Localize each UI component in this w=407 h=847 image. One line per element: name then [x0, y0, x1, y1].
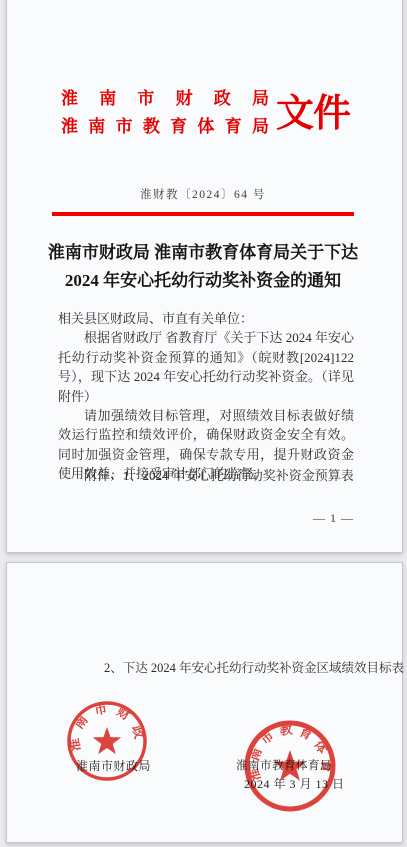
- page-1: 淮南市财政局 淮南市教育体育局 文件 淮财教〔2024〕64 号 淮南市财政局 …: [6, 0, 403, 553]
- salutation: 相关县区财政局、市直有关单位：: [58, 309, 354, 328]
- letterhead-doc-mark: 文件: [276, 95, 350, 135]
- signature-org-finance: 淮南市财政局: [76, 757, 151, 774]
- attachment-line-2: 2、下达 2024 年安心托幼行动奖补资金区域绩效目标表: [104, 658, 404, 676]
- document-body: 相关县区财政局、市直有关单位： 根据省财政厅 省教育厅《关于下达 2024 年安…: [58, 309, 354, 484]
- letterhead-org-1: 淮南市财政局: [61, 85, 269, 113]
- document-number: 淮财教〔2024〕64 号: [52, 186, 354, 202]
- document-title: 淮南市财政局 淮南市教育体育局关于下达 2024 年安心托幼行动奖补资金的通知: [40, 239, 366, 294]
- svg-text:淮南市财政局: 淮南市财政局: [63, 697, 147, 752]
- page-number: — 1 —: [58, 511, 354, 526]
- attachment-line: 附件：1、2024 年安心托幼行动奖补资金预算表: [58, 466, 354, 485]
- letterhead-org-2: 淮南市教育体育局: [61, 113, 269, 141]
- body-paragraph-1: 根据省财政厅 省教育厅《关于下达 2024 年安心托幼行动奖补资金预算的通知》（…: [58, 328, 354, 406]
- signature-date: 2024 年 3 月 13 日: [244, 775, 345, 792]
- letterhead: 淮南市财政局 淮南市教育体育局: [61, 85, 269, 141]
- seal-arc-text-finance: 淮南市财政局: [63, 697, 147, 752]
- red-separator-line: [52, 212, 354, 216]
- title-line-2: 2024 年安心托幼行动奖补资金的通知: [40, 267, 366, 295]
- page-2: 2、下达 2024 年安心托幼行动奖补资金区域绩效目标表 淮南市财政局 淮南市教…: [6, 562, 403, 843]
- signature-org-education: 淮南市教育体育局: [236, 757, 332, 773]
- title-line-1: 淮南市财政局 淮南市教育体育局关于下达: [40, 239, 366, 267]
- seal-star-icon: [93, 727, 122, 754]
- document-viewer[interactable]: 淮南市财政局 淮南市教育体育局 文件 淮财教〔2024〕64 号 淮南市财政局 …: [0, 0, 407, 847]
